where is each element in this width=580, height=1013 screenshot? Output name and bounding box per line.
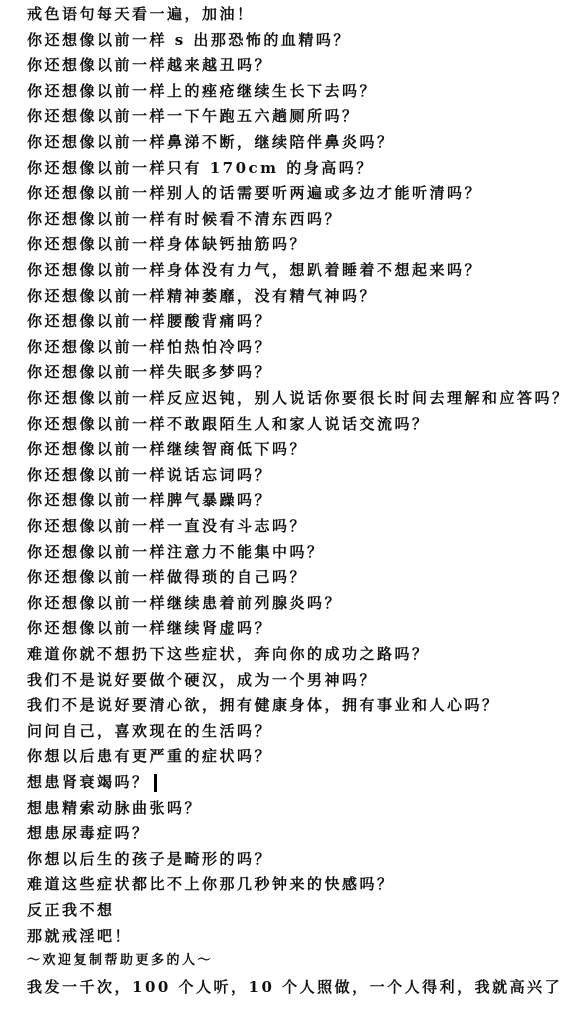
text-line: 你还想像以前一样不敢跟陌生人和家人说话交流吗？ — [27, 414, 430, 434]
text-line: 你还想像以前一样反应迟钝，别人说话你要很长时间去理解和应答吗？ — [27, 388, 570, 408]
text-line: 你还想像以前一样失眠多梦吗？ — [27, 362, 272, 382]
text-line: 你还想像以前一样身体没有力气，想趴着睡着不想起来吗？ — [27, 260, 482, 280]
text-line: 你还想像以前一样说话忘词吗？ — [27, 465, 272, 485]
text-line: 你还想像以前一样有时候看不清东西吗？ — [27, 209, 342, 229]
text-line: 难道这些症状都比不上你那几秒钟来的快感吗？ — [27, 874, 395, 894]
text-line: 我们不是说好要做个硬汉，成为一个男神吗？ — [27, 670, 377, 690]
text-line: 你还想像以前一样 s 出那恐怖的血精吗？ — [27, 30, 351, 50]
text-line: 你想以后生的孩子是畸形的吗？ — [27, 849, 272, 869]
text-line: 你还想像以前一样上的痤疮继续生长下去吗？ — [27, 81, 377, 101]
text-line: 你还想像以前一样脾气暴躁吗？ — [27, 490, 272, 510]
text-line: 我们不是说好要清心欲，拥有健康身体，拥有事业和人心吗？ — [27, 695, 500, 715]
text-line: 你还想像以前一样做得琐的自己吗？ — [27, 567, 307, 587]
text-line: 你还想像以前一样继续患着前列腺炎吗？ — [27, 593, 342, 613]
text-line: 你还想像以前一样越来越丑吗？ — [27, 55, 272, 75]
text-line: 问问自己，喜欢现在的生活吗？ — [27, 721, 272, 741]
text-line: 你还想像以前一样精神萎靡，没有精气神吗？ — [27, 286, 377, 306]
text-line: 你还想像以前一样注意力不能集中吗？ — [27, 542, 325, 562]
text-line: 你还想像以前一样怕热怕冷吗？ — [27, 337, 272, 357]
text-line: 你还想像以前一样别人的话需要听两遍或多边才能听清吗？ — [27, 183, 482, 203]
text-line: 你还想像以前一样一下午跑五六趟厕所吗？ — [27, 106, 360, 126]
text-line: 那就戒淫吧！ — [27, 926, 132, 946]
text-cursor — [154, 774, 157, 792]
text-line: 你还想像以前一样继续肾虚吗？ — [27, 618, 272, 638]
text-line-with-cursor[interactable]: 想患肾衰竭吗？ — [27, 772, 157, 792]
text-line: 我发一千次，100 个人听，10 个人照做，一个人得利，我就高兴了 — [27, 977, 562, 997]
text-line: 想患尿毒症吗？ — [27, 823, 150, 843]
text-line: 你还想像以前一样腰酸背痛吗？ — [27, 311, 272, 331]
text-line: 你还想像以前一样身体缺钙抽筋吗？ — [27, 234, 307, 254]
text-line: 难道你就不想扔下这些症状，奔向你的成功之路吗？ — [27, 644, 430, 664]
text-line: 想患精索动脉曲张吗？ — [27, 798, 202, 818]
text-line: 想患肾衰竭吗？ — [27, 773, 150, 791]
text-line: ～欢迎复制帮助更多的人～ — [27, 951, 213, 971]
text-line: 反正我不想 — [27, 900, 115, 920]
title-line: 戒色语句每天看一遍，加油！ — [27, 4, 255, 24]
text-line: 你想以后患有更严重的症状吗？ — [27, 746, 272, 766]
text-line: 你还想像以前一样鼻涕不断，继续陪伴鼻炎吗？ — [27, 132, 395, 152]
text-line: 你还想像以前一样一直没有斗志吗？ — [27, 516, 307, 536]
text-line: 你还想像以前一样继续智商低下吗？ — [27, 439, 307, 459]
text-line: 你还想像以前一样只有 170cm 的身高吗？ — [27, 158, 374, 178]
